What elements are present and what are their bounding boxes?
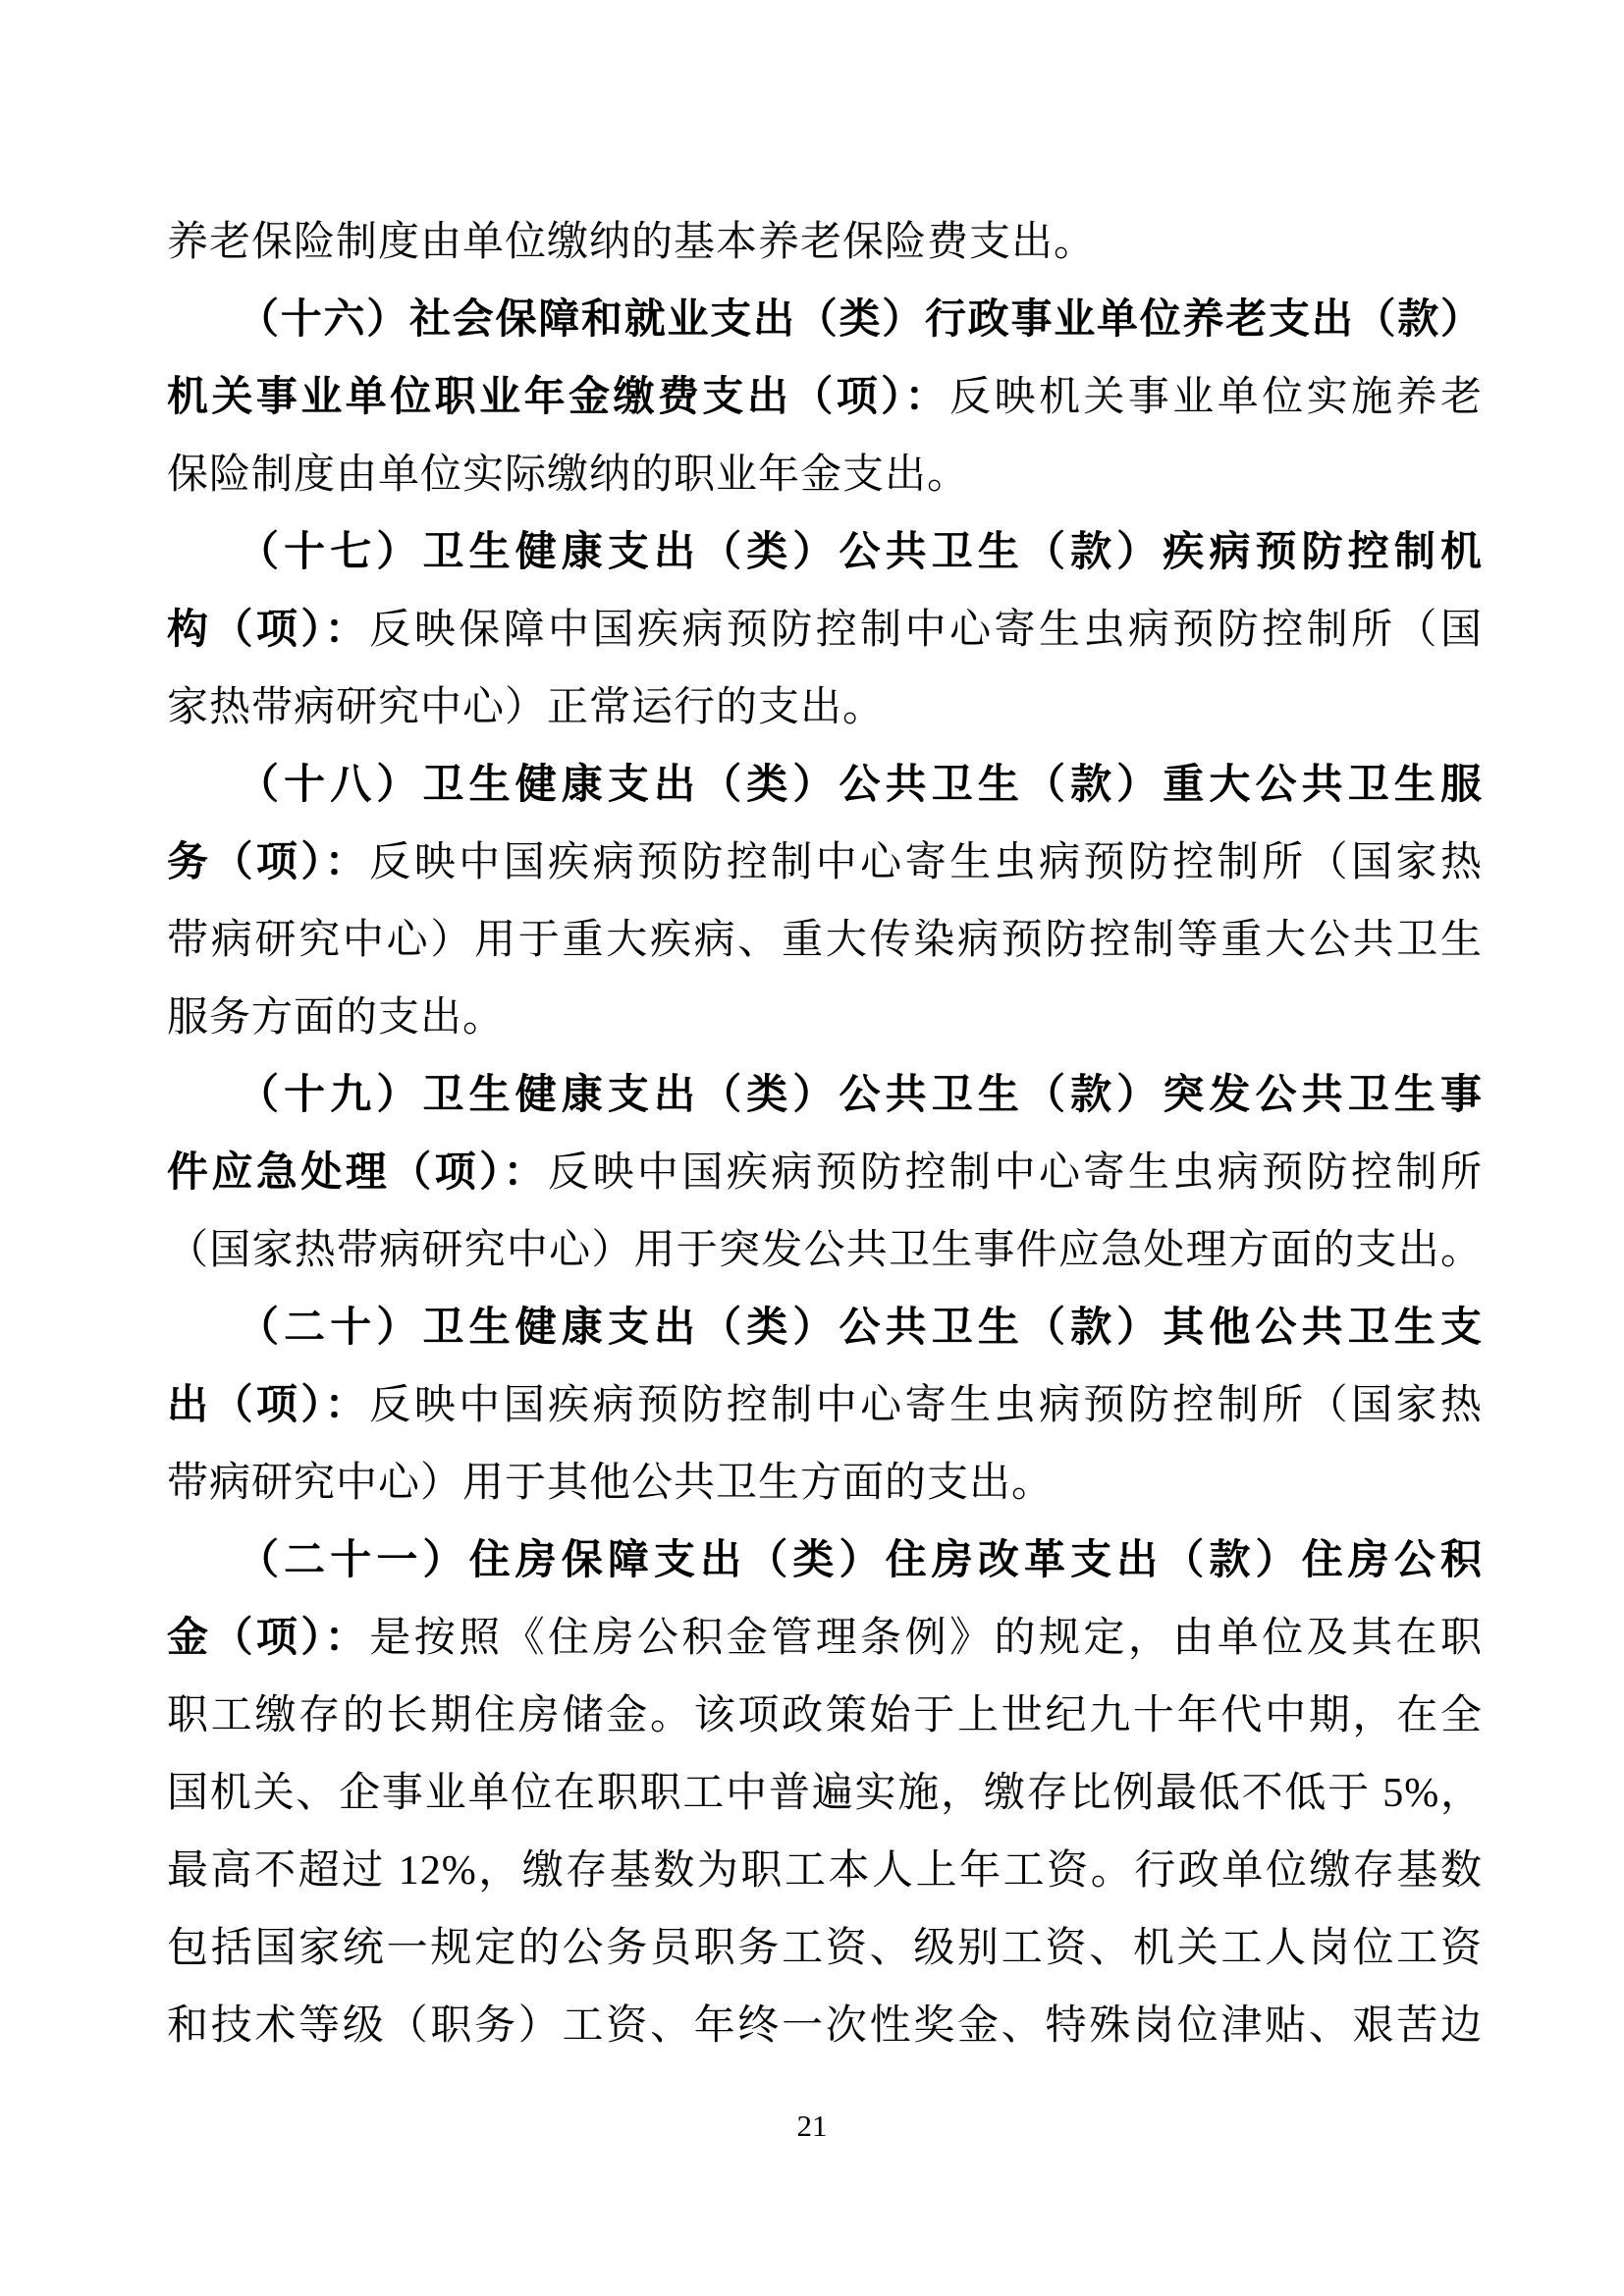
text-line: 带病研究中心）用于其他公共卫生方面的支出。 [167,1445,1483,1522]
body-text-segment: 包括国家统一规定的公务员职务工资、级别工资、机关工人岗位工资 [167,1926,1483,1971]
body-text-segment: 养老保险制度由单位缴纳的基本养老保险费支出。 [167,220,1096,265]
heading-text-segment: （二十一）住房保障支出（类）住房改革支出（款）住房公积 [238,1538,1483,1583]
heading-text-segment: （二十）卫生健康支出（类）公共卫生（款）其他公共卫生支 [238,1306,1483,1351]
text-line: 最高不超过 12%，缴存基数为职工本人上年工资。行政单位缴存基数 [167,1833,1483,1910]
page-number: 21 [0,2107,1624,2146]
text-line: 家热带病研究中心）正常运行的支出。 [167,669,1483,747]
body-text-segment: 反映保障中国疾病预防控制中心寄生虫病预防控制所（国 [369,608,1483,653]
heading-text-segment: 务（项）： [167,840,369,885]
body-text-segment: 最高不超过 12%，缴存基数为职工本人上年工资。行政单位缴存基数 [167,1848,1483,1894]
text-line: 和技术等级（职务）工资、年终一次性奖金、特殊岗位津贴、艰苦边 [167,1988,1483,2065]
text-line: （十七）卫生健康支出（类）公共卫生（款）疾病预防控制机 [167,514,1483,592]
heading-text-segment: 出（项）： [167,1383,369,1428]
body-text-segment: 国机关、企事业单位在职职工中普遍实施，缴存比例最低不低于 5%， [167,1771,1483,1816]
body-text-segment: 带病研究中心）用于其他公共卫生方面的支出。 [167,1461,1054,1506]
body-text-segment: 反映中国疾病预防控制中心寄生虫病预防控制所 [548,1150,1483,1196]
text-line: 带病研究中心）用于重大疾病、重大传染病预防控制等重大公共卫生 [167,902,1483,980]
body-text-segment: 反映机关事业单位实施养老 [949,375,1483,420]
body-text-segment: （国家热带病研究中心）用于突发公共卫生事件应急处理方面的支出。 [167,1228,1483,1273]
text-line: 保险制度由单位实际缴纳的职业年金支出。 [167,437,1483,514]
text-line: 包括国家统一规定的公务员职务工资、级别工资、机关工人岗位工资 [167,1910,1483,1988]
text-line: （国家热带病研究中心）用于突发公共卫生事件应急处理方面的支出。 [167,1212,1483,1290]
heading-text-segment: （十六）社会保障和就业支出（类）行政事业单位养老支出（款） [238,297,1483,343]
body-text-segment: 职工缴存的长期住房储金。该项政策始于上世纪九十年代中期，在全 [167,1693,1483,1738]
body-text-segment: 反映中国疾病预防控制中心寄生虫病预防控制所（国家热 [369,1383,1483,1428]
heading-text-segment: （十七）卫生健康支出（类）公共卫生（款）疾病预防控制机 [238,530,1483,575]
heading-text-segment: （十九）卫生健康支出（类）公共卫生（款）突发公共卫生事 [238,1073,1483,1118]
heading-text-segment: 构（项）： [167,608,369,653]
text-line: （十九）卫生健康支出（类）公共卫生（款）突发公共卫生事 [167,1057,1483,1135]
text-line: （二十）卫生健康支出（类）公共卫生（款）其他公共卫生支 [167,1290,1483,1367]
heading-text-segment: 机关事业单位职业年金缴费支出（项）： [167,375,949,420]
heading-text-segment: （十八）卫生健康支出（类）公共卫生（款）重大公共卫生服 [238,763,1483,808]
text-line: 出（项）：反映中国疾病预防控制中心寄生虫病预防控制所（国家热 [167,1367,1483,1445]
document-text-block: 养老保险制度由单位缴纳的基本养老保险费支出。（十六）社会保障和就业支出（类）行政… [167,204,1483,2065]
text-line: 职工缴存的长期住房储金。该项政策始于上世纪九十年代中期，在全 [167,1678,1483,1755]
text-line: 国机关、企事业单位在职职工中普遍实施，缴存比例最低不低于 5%， [167,1755,1483,1833]
body-text-segment: 家热带病研究中心）正常运行的支出。 [167,685,885,730]
document-page: 养老保险制度由单位缴纳的基本养老保险费支出。（十六）社会保障和就业支出（类）行政… [0,0,1624,2296]
heading-text-segment: 金（项）： [167,1616,369,1661]
body-text-segment: 反映中国疾病预防控制中心寄生虫病预防控制所（国家热 [369,840,1483,885]
text-line: 养老保险制度由单位缴纳的基本养老保险费支出。 [167,204,1483,282]
text-line: （二十一）住房保障支出（类）住房改革支出（款）住房公积 [167,1522,1483,1600]
body-text-segment: 服务方面的支出。 [167,995,505,1041]
text-line: 金（项）：是按照《住房公积金管理条例》的规定，由单位及其在职 [167,1600,1483,1678]
text-line: 服务方面的支出。 [167,980,1483,1057]
body-text-segment: 保险制度由单位实际缴纳的职业年金支出。 [167,453,969,498]
body-text-segment: 和技术等级（职务）工资、年终一次性奖金、特殊岗位津贴、艰苦边 [167,2003,1483,2049]
body-text-segment: 带病研究中心）用于重大疾病、重大传染病预防控制等重大公共卫生 [167,918,1483,963]
text-line: 构（项）：反映保障中国疾病预防控制中心寄生虫病预防控制所（国 [167,592,1483,669]
text-line: （十八）卫生健康支出（类）公共卫生（款）重大公共卫生服 [167,747,1483,825]
heading-text-segment: 件应急处理（项）： [167,1150,548,1196]
text-line: （十六）社会保障和就业支出（类）行政事业单位养老支出（款） [167,282,1483,359]
text-line: 务（项）：反映中国疾病预防控制中心寄生虫病预防控制所（国家热 [167,825,1483,902]
body-text-segment: 是按照《住房公积金管理条例》的规定，由单位及其在职 [369,1616,1483,1661]
text-line: 机关事业单位职业年金缴费支出（项）：反映机关事业单位实施养老 [167,359,1483,437]
text-line: 件应急处理（项）：反映中国疾病预防控制中心寄生虫病预防控制所 [167,1135,1483,1212]
